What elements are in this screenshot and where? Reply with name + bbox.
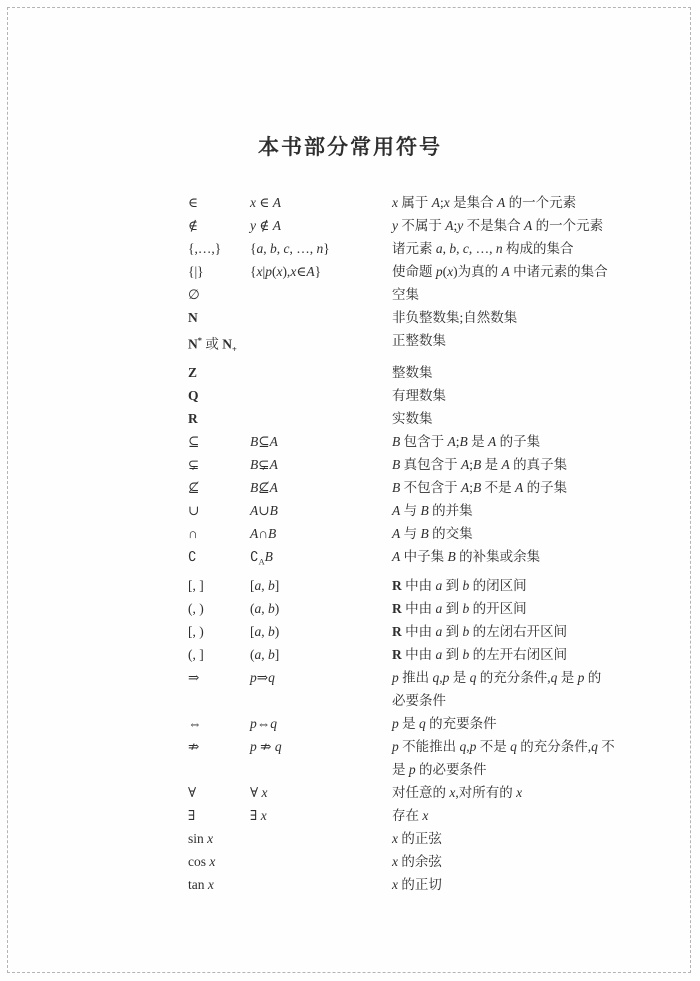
page-border: [7, 7, 691, 973]
book-page: 本书部分常用符号 ∈x ∈ Ax 属于 A;x 是集合 A 的一个元素∉y ∉ …: [0, 0, 700, 981]
